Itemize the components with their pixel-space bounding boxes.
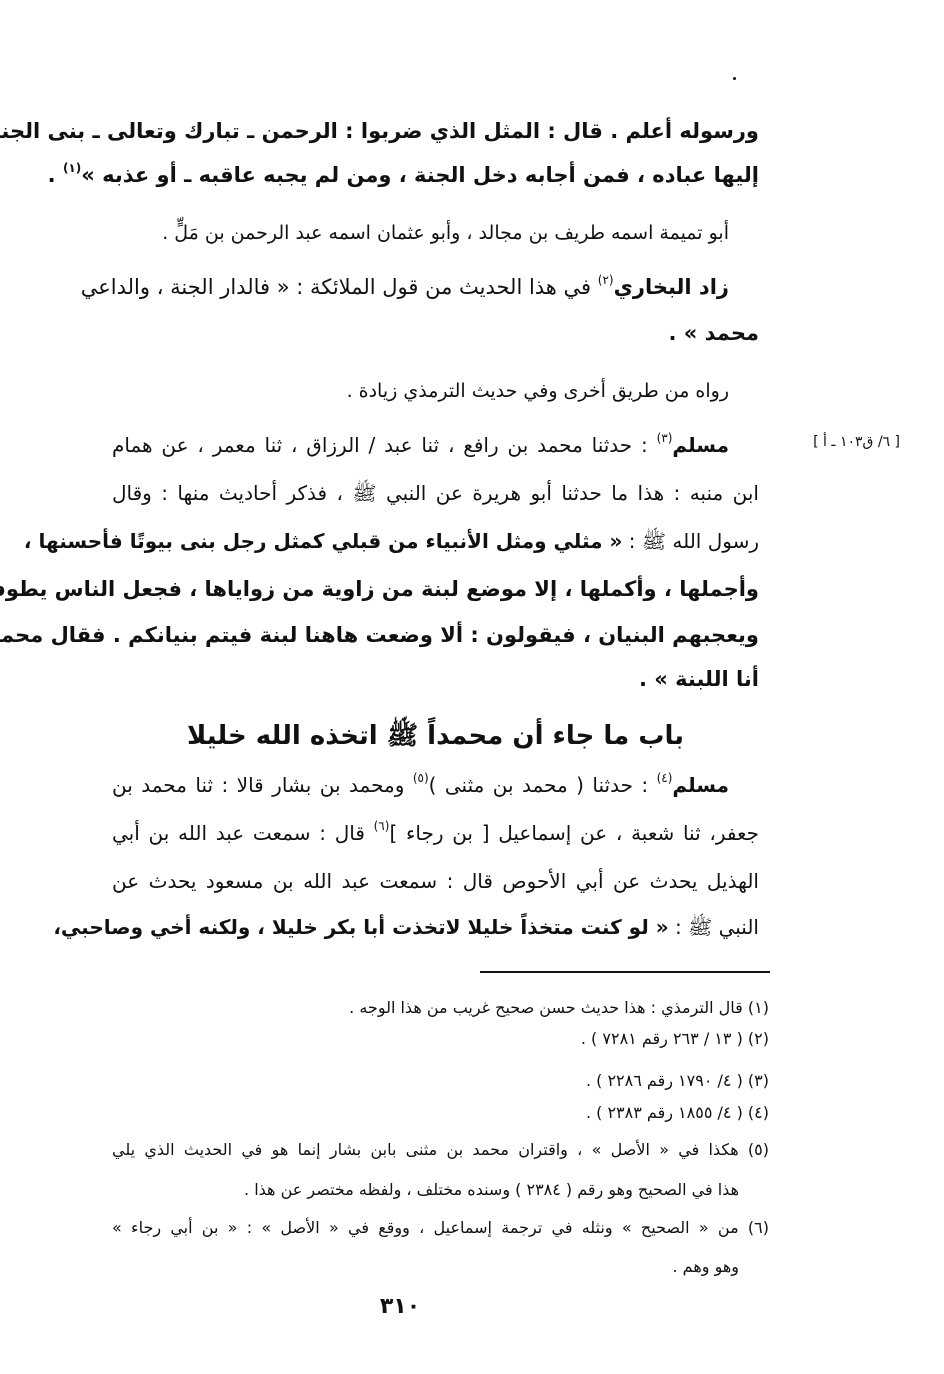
- book-page: ورسوله أعلم . قال : المثل الذي ضربوا : ا…: [0, 0, 944, 1374]
- line-text: ورسوله أعلم . قال : المثل الذي ضربوا : ا…: [0, 119, 759, 143]
- line-text: : حدثنا ( محمد بن مثنى ): [429, 773, 657, 797]
- line-text: .: [48, 163, 63, 187]
- narrator-names-note: أبو تميمة اسمه طريف بن مجالد ، وأبو عثما…: [162, 222, 729, 244]
- line-text: رواه من طريق أخرى وفي حديث الترمذي زيادة…: [347, 380, 729, 402]
- line-text: قال : سمعت عبد الله بن أبي: [112, 821, 374, 845]
- text-line: النبي ﷺ : « لو كنت متخذاً خليلا لاتخذت أ…: [112, 912, 759, 942]
- text-line: ويعجبهم البنيان ، فيقولون : ألا وضعت هاه…: [112, 620, 759, 650]
- text-line: أبو تميمة اسمه طريف بن مجالد ، وأبو عثما…: [112, 218, 759, 248]
- line-text: الهذيل يحدث عن أبي الأحوص قال : سمعت عبد…: [112, 869, 759, 893]
- footnote-number: (٤): [748, 1103, 769, 1122]
- footnote-ref[interactable]: (٢): [598, 273, 614, 287]
- text-line: محمد » .: [112, 318, 759, 348]
- chapter-title: باب ما جاء أن محمداً ﷺ اتخذه الله خليلا: [112, 716, 759, 756]
- hadith-quote: « لو كنت متخذاً خليلا لاتخذت أبا بكر خلي…: [53, 915, 668, 939]
- line-text: ابن منبه : هذا ما حدثنا أبو هريرة عن الن…: [112, 481, 759, 505]
- footnote-ref[interactable]: (٦): [374, 819, 390, 833]
- footnote-2: (٢) ( ١٣ / ٢٦٣ رقم ٧٢٨١ ) .: [112, 1027, 769, 1051]
- scan-speck: [733, 77, 736, 80]
- footnote-5: (٥) هكذا في « الأصل » ، واقتران محمد بن …: [112, 1138, 769, 1162]
- line-text: : حدثنا محمد بن رافع ، ثنا عبد / الرزاق …: [112, 433, 657, 457]
- footnote-text: وهو وهم .: [673, 1257, 740, 1276]
- footnote-1: (١) قال الترمذي : هذا حديث حسن صحيح غريب…: [112, 996, 769, 1020]
- line-text: جعفر، ثنا شعبة ، عن إسماعيل [ بن رجاء ]: [389, 821, 759, 845]
- text-line: رسول الله ﷺ : « مثلي ومثل الأنبياء من قب…: [112, 526, 759, 556]
- hadith-quote: وأجملها ، وأكملها ، إلا موضع لبنة من زاو…: [0, 577, 759, 601]
- text-line: رواه من طريق أخرى وفي حديث الترمذي زيادة…: [112, 376, 759, 406]
- footnote-text: من « الصحيح » ونثله في ترجمة إسماعيل ، و…: [112, 1218, 739, 1237]
- footnote-3: (٣) ( ٤/ ١٧٩٠ رقم ٢٢٨٦ ) .: [112, 1069, 769, 1093]
- text-line: زاد البخاري(٢) في هذا الحديث من قول المل…: [112, 272, 759, 302]
- footnote-number: (٣): [748, 1071, 769, 1090]
- line-text: النبي ﷺ :: [669, 915, 759, 939]
- line-text: في هذا الحديث من قول الملائكة : « فالدار…: [81, 275, 598, 299]
- footnote-number: (٢): [748, 1029, 769, 1048]
- footnote-5-continued: هذا في الصحيح وهو رقم ( ٢٣٨٤ ) وسنده مخت…: [112, 1178, 739, 1202]
- line-text: ومحمد بن بشار قالا : ثنا محمد بن: [112, 773, 413, 797]
- hadith-quote: ويعجبهم البنيان ، فيقولون : ألا وضعت هاه…: [0, 623, 759, 647]
- footnote-number: (١): [748, 998, 769, 1017]
- footnote-separator: [480, 971, 770, 973]
- hadith-quote: أنا اللبنة » .: [639, 667, 759, 691]
- text-line: وأجملها ، وأكملها ، إلا موضع لبنة من زاو…: [112, 574, 759, 604]
- text-line: مسلم(٣) : حدثنا محمد بن رافع ، ثنا عبد /…: [112, 430, 759, 460]
- text-line: ورسوله أعلم . قال : المثل الذي ضربوا : ا…: [112, 116, 759, 146]
- text-line: أنا اللبنة » .: [112, 664, 759, 694]
- footnote-ref[interactable]: (٣): [657, 431, 673, 445]
- hadith-quote: « مثلي ومثل الأنبياء من قبلي كمثل رجل بن…: [24, 529, 622, 553]
- footnote-ref[interactable]: (١): [63, 161, 81, 175]
- footnote-text: ( ٤/ ١٨٥٥ رقم ٢٣٨٣ ) .: [586, 1103, 743, 1122]
- text-line: ابن منبه : هذا ما حدثنا أبو هريرة عن الن…: [112, 478, 759, 508]
- page-number: ٣١٠: [370, 1294, 430, 1319]
- footnote-text: هذا في الصحيح وهو رقم ( ٢٣٨٤ ) وسنده مخت…: [244, 1180, 739, 1199]
- footnote-number: (٥): [748, 1140, 769, 1159]
- footnote-6-continued: وهو وهم .: [112, 1255, 739, 1279]
- footnote-text: قال الترمذي : هذا حديث حسن صحيح غريب من …: [349, 998, 743, 1017]
- footnote-text: ( ٤/ ١٧٩٠ رقم ٢٢٨٦ ) .: [586, 1071, 743, 1090]
- source-name: مسلم: [672, 433, 729, 457]
- line-text: رسول الله ﷺ :: [622, 529, 759, 553]
- line-text: محمد » .: [668, 321, 759, 345]
- footnote-number: (٦): [748, 1218, 769, 1237]
- text-line: إليها عباده ، فمن أجابه دخل الجنة ، ومن …: [112, 160, 759, 190]
- footnote-text: هكذا في « الأصل » ، واقتران محمد بن مثنى…: [112, 1140, 739, 1159]
- footnote-6: (٦) من « الصحيح » ونثله في ترجمة إسماعيل…: [112, 1216, 769, 1240]
- footnote-4: (٤) ( ٤/ ١٨٥٥ رقم ٢٣٨٣ ) .: [112, 1101, 769, 1125]
- source-name: زاد البخاري: [614, 275, 729, 299]
- text-line: مسلم(٤) : حدثنا ( محمد بن مثنى )(٥) ومحم…: [112, 770, 759, 800]
- footnote-ref[interactable]: (٤): [657, 771, 673, 785]
- manuscript-margin-reference: [ ٦/ ق١٠٣ ـ أ ]: [770, 430, 900, 454]
- footnote-ref[interactable]: (٥): [413, 771, 429, 785]
- text-line: الهذيل يحدث عن أبي الأحوص قال : سمعت عبد…: [112, 866, 759, 896]
- line-text: إليها عباده ، فمن أجابه دخل الجنة ، ومن …: [81, 163, 759, 187]
- footnote-text: ( ١٣ / ٢٦٣ رقم ٧٢٨١ ) .: [581, 1029, 743, 1048]
- source-name: مسلم: [672, 773, 729, 797]
- text-line: جعفر، ثنا شعبة ، عن إسماعيل [ بن رجاء ](…: [112, 818, 759, 848]
